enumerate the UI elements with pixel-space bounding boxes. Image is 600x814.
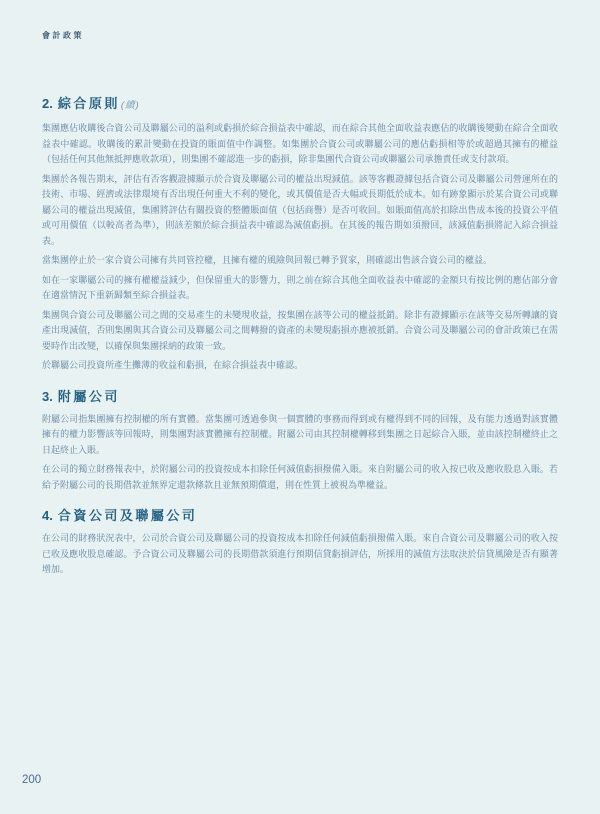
section-consolidation-principles: 2.綜合原則(續) 集團應佔收購後合資公司及聯屬公司的溢利或虧損於綜合損益表中確…: [42, 96, 558, 374]
section-heading: 3.附屬公司: [42, 389, 558, 405]
paragraph: 當集團停止於一家合資公司擁有共同管控權，且擁有權的風險與回報已轉予買家，則確認出…: [42, 253, 558, 269]
section-number: 2.: [42, 96, 53, 111]
section-title-continued-marker: (續): [121, 100, 140, 111]
section-title: 合資公司及聯屬公司: [58, 508, 198, 523]
section-number: 3.: [42, 389, 53, 404]
section-subsidiaries: 3.附屬公司 附屬公司指集團擁有控制權的所有實體。當集團可透過參與一個實體的事務…: [42, 389, 558, 494]
page-number: 200: [22, 774, 41, 786]
section-number: 4.: [42, 508, 53, 523]
section-heading: 2.綜合原則(續): [42, 96, 558, 114]
paragraph: 在公司的獨立財務報表中，於附屬公司的投資按成本扣除任何減值虧損撥備入賬。來自附屬…: [42, 462, 558, 493]
paragraph: 於聯屬公司投資所產生攤薄的收益和虧損，在綜合損益表中確認。: [42, 358, 558, 374]
paragraph: 在公司的財務狀況表中，公司於合資公司及聯屬公司的投資按成本扣除任何減值虧損撥備入…: [42, 531, 558, 578]
section-title: 附屬公司: [58, 389, 120, 404]
paragraph: 集團於各報告期末，評估有否客觀證據顯示於合資及聯屬公司的權益出現減值。該等客觀證…: [42, 172, 558, 250]
paragraph: 集團與合資公司及聯屬公司之間的交易產生的未變現收益，按集團在該等公司的權益抵銷。…: [42, 308, 558, 355]
paragraph: 集團應佔收購後合資公司及聯屬公司的溢利或虧損於綜合損益表中確認，而在綜合其他全面…: [42, 121, 558, 168]
document-page: 會計政策 2.綜合原則(續) 集團應佔收購後合資公司及聯屬公司的溢利或虧損於綜合…: [0, 0, 600, 814]
section-title: 綜合原則: [58, 96, 120, 111]
section-heading: 4.合資公司及聯屬公司: [42, 508, 558, 524]
paragraph: 如在一家聯屬公司的擁有權權益減少，但保留重大的影響力，則之前在綜合其他全面收益表…: [42, 273, 558, 304]
section-joint-ventures-and-associates: 4.合資公司及聯屬公司 在公司的財務狀況表中，公司於合資公司及聯屬公司的投資按成…: [42, 508, 558, 578]
paragraph: 附屬公司指集團擁有控制權的所有實體。當集團可透過參與一個實體的事務而得到或有權得…: [42, 412, 558, 459]
running-header: 會計政策: [42, 30, 558, 41]
